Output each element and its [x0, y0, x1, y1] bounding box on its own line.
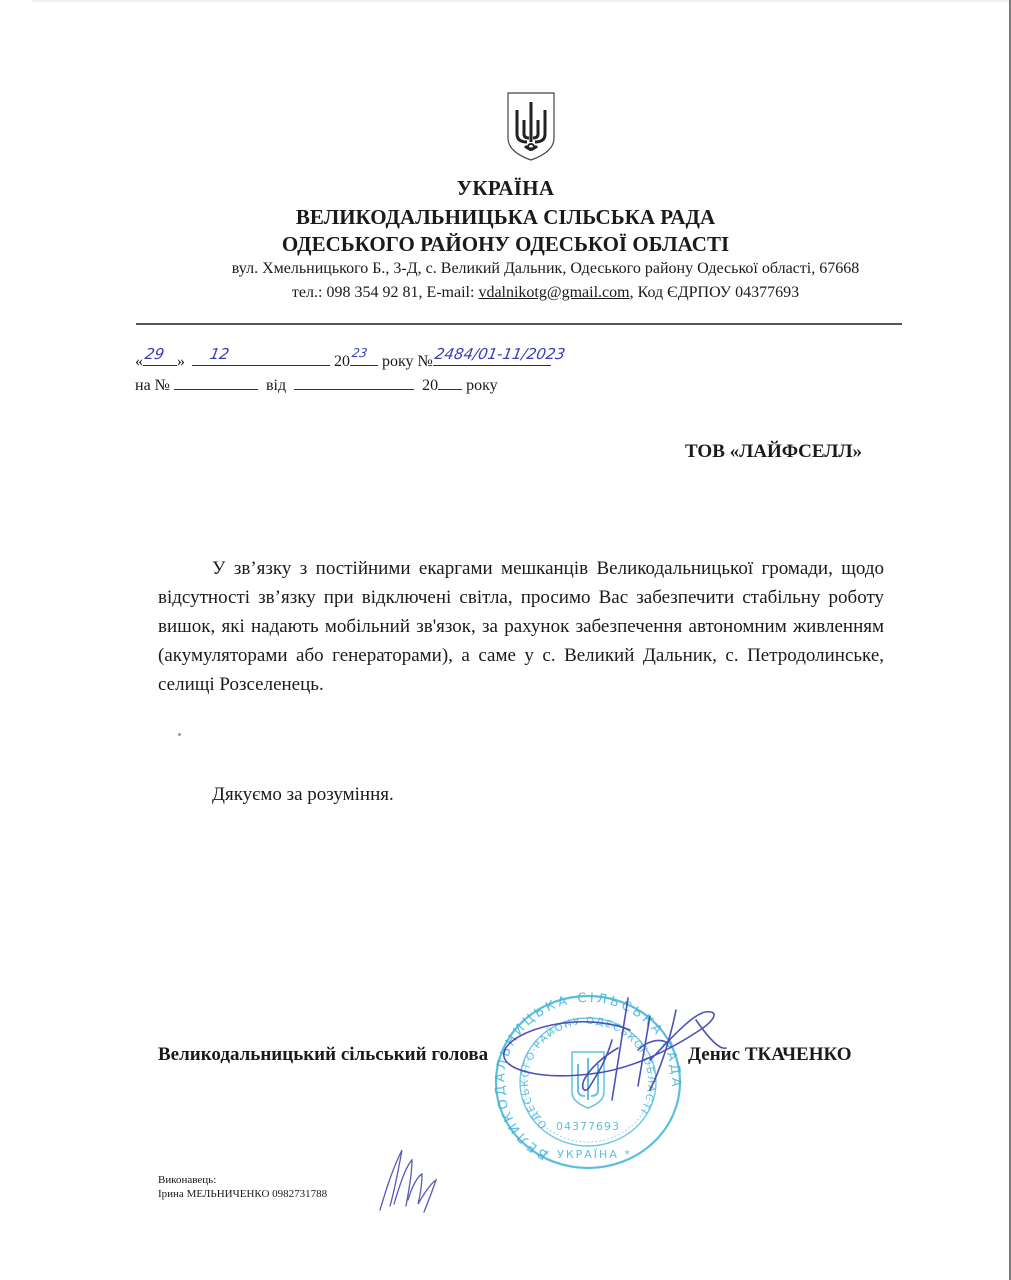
letterhead-region: ОДЕСЬКОГО РАЙОНУ ОДЕСЬКОЇ ОБЛАСТІ [0, 232, 1011, 257]
outgoing-registration-line: «29» 12 2023 року №2484/01-11/2023 [135, 350, 551, 371]
executor-signature-icon [372, 1140, 442, 1215]
ref-year-field[interactable] [438, 374, 462, 390]
number-field[interactable]: 2484/01-11/2023 [433, 350, 551, 366]
quote-open: « [135, 353, 143, 370]
ref-from-label: від [266, 377, 286, 394]
day-field[interactable]: 29 [143, 350, 177, 366]
signatory-title: Великодальницький сільський голова [158, 1044, 488, 1066]
scan-speck [178, 733, 181, 736]
letterhead-council: ВЕЛИКОДАЛЬНИЦЬКА СІЛЬСЬКА РАДА [0, 205, 1011, 230]
svg-text:04377693: 04377693 [556, 1120, 620, 1133]
letter-body: У зв’язку з постійними екаргами мешканці… [158, 554, 884, 699]
quote-close: » [177, 353, 185, 370]
ref-number-field[interactable] [174, 374, 258, 390]
ref-number-label: на № [135, 377, 170, 394]
svg-text:* УКРАЇНА *: * УКРАЇНА * [544, 1148, 632, 1161]
letterhead-address: вул. Хмельницького Б., 3-Д, с. Великий Д… [40, 260, 1011, 278]
year-prefix: 20 [334, 353, 350, 370]
contact-phone: тел.: 098 354 92 81, E-mail: [292, 284, 479, 301]
letterhead-contacts: тел.: 098 354 92 81, E-mail: vdalnikotg@… [40, 284, 1011, 302]
coat-of-arms-icon [505, 90, 557, 162]
day-handwritten: 29 [143, 345, 165, 363]
head-signature-icon [500, 990, 730, 1110]
ref-year-word: року [462, 377, 498, 394]
year-word: року № [378, 353, 433, 370]
letterhead-divider [136, 323, 902, 325]
closing-thanks: Дякуємо за розуміння. [212, 784, 394, 806]
letterhead-country: УКРАЇНА [0, 176, 1011, 201]
body-paragraph: У зв’язку з постійними екаргами мешканці… [158, 554, 884, 699]
ref-year-prefix: 20 [422, 377, 438, 394]
recipient: ТОВ «ЛАЙФСЕЛЛ» [685, 441, 862, 463]
contact-email-link[interactable]: vdalnikotg@gmail.com [478, 284, 629, 301]
ref-date-field[interactable] [294, 374, 414, 390]
year-field[interactable]: 23 [350, 350, 378, 366]
number-handwritten: 2484/01-11/2023 [433, 345, 566, 363]
month-handwritten: 12 [208, 345, 230, 363]
incoming-reference-line: на № від 20 року [135, 374, 498, 395]
executor-label: Виконавець: [158, 1174, 216, 1186]
month-field[interactable]: 12 [192, 350, 330, 366]
contact-edrpou: , Код ЄДРПОУ 04377693 [630, 284, 799, 301]
executor-name: Ірина МЕЛЬНИЧЕНКО 0982731788 [158, 1188, 327, 1200]
page-top-edge [32, 0, 1009, 2]
year-handwritten: 23 [351, 346, 369, 360]
